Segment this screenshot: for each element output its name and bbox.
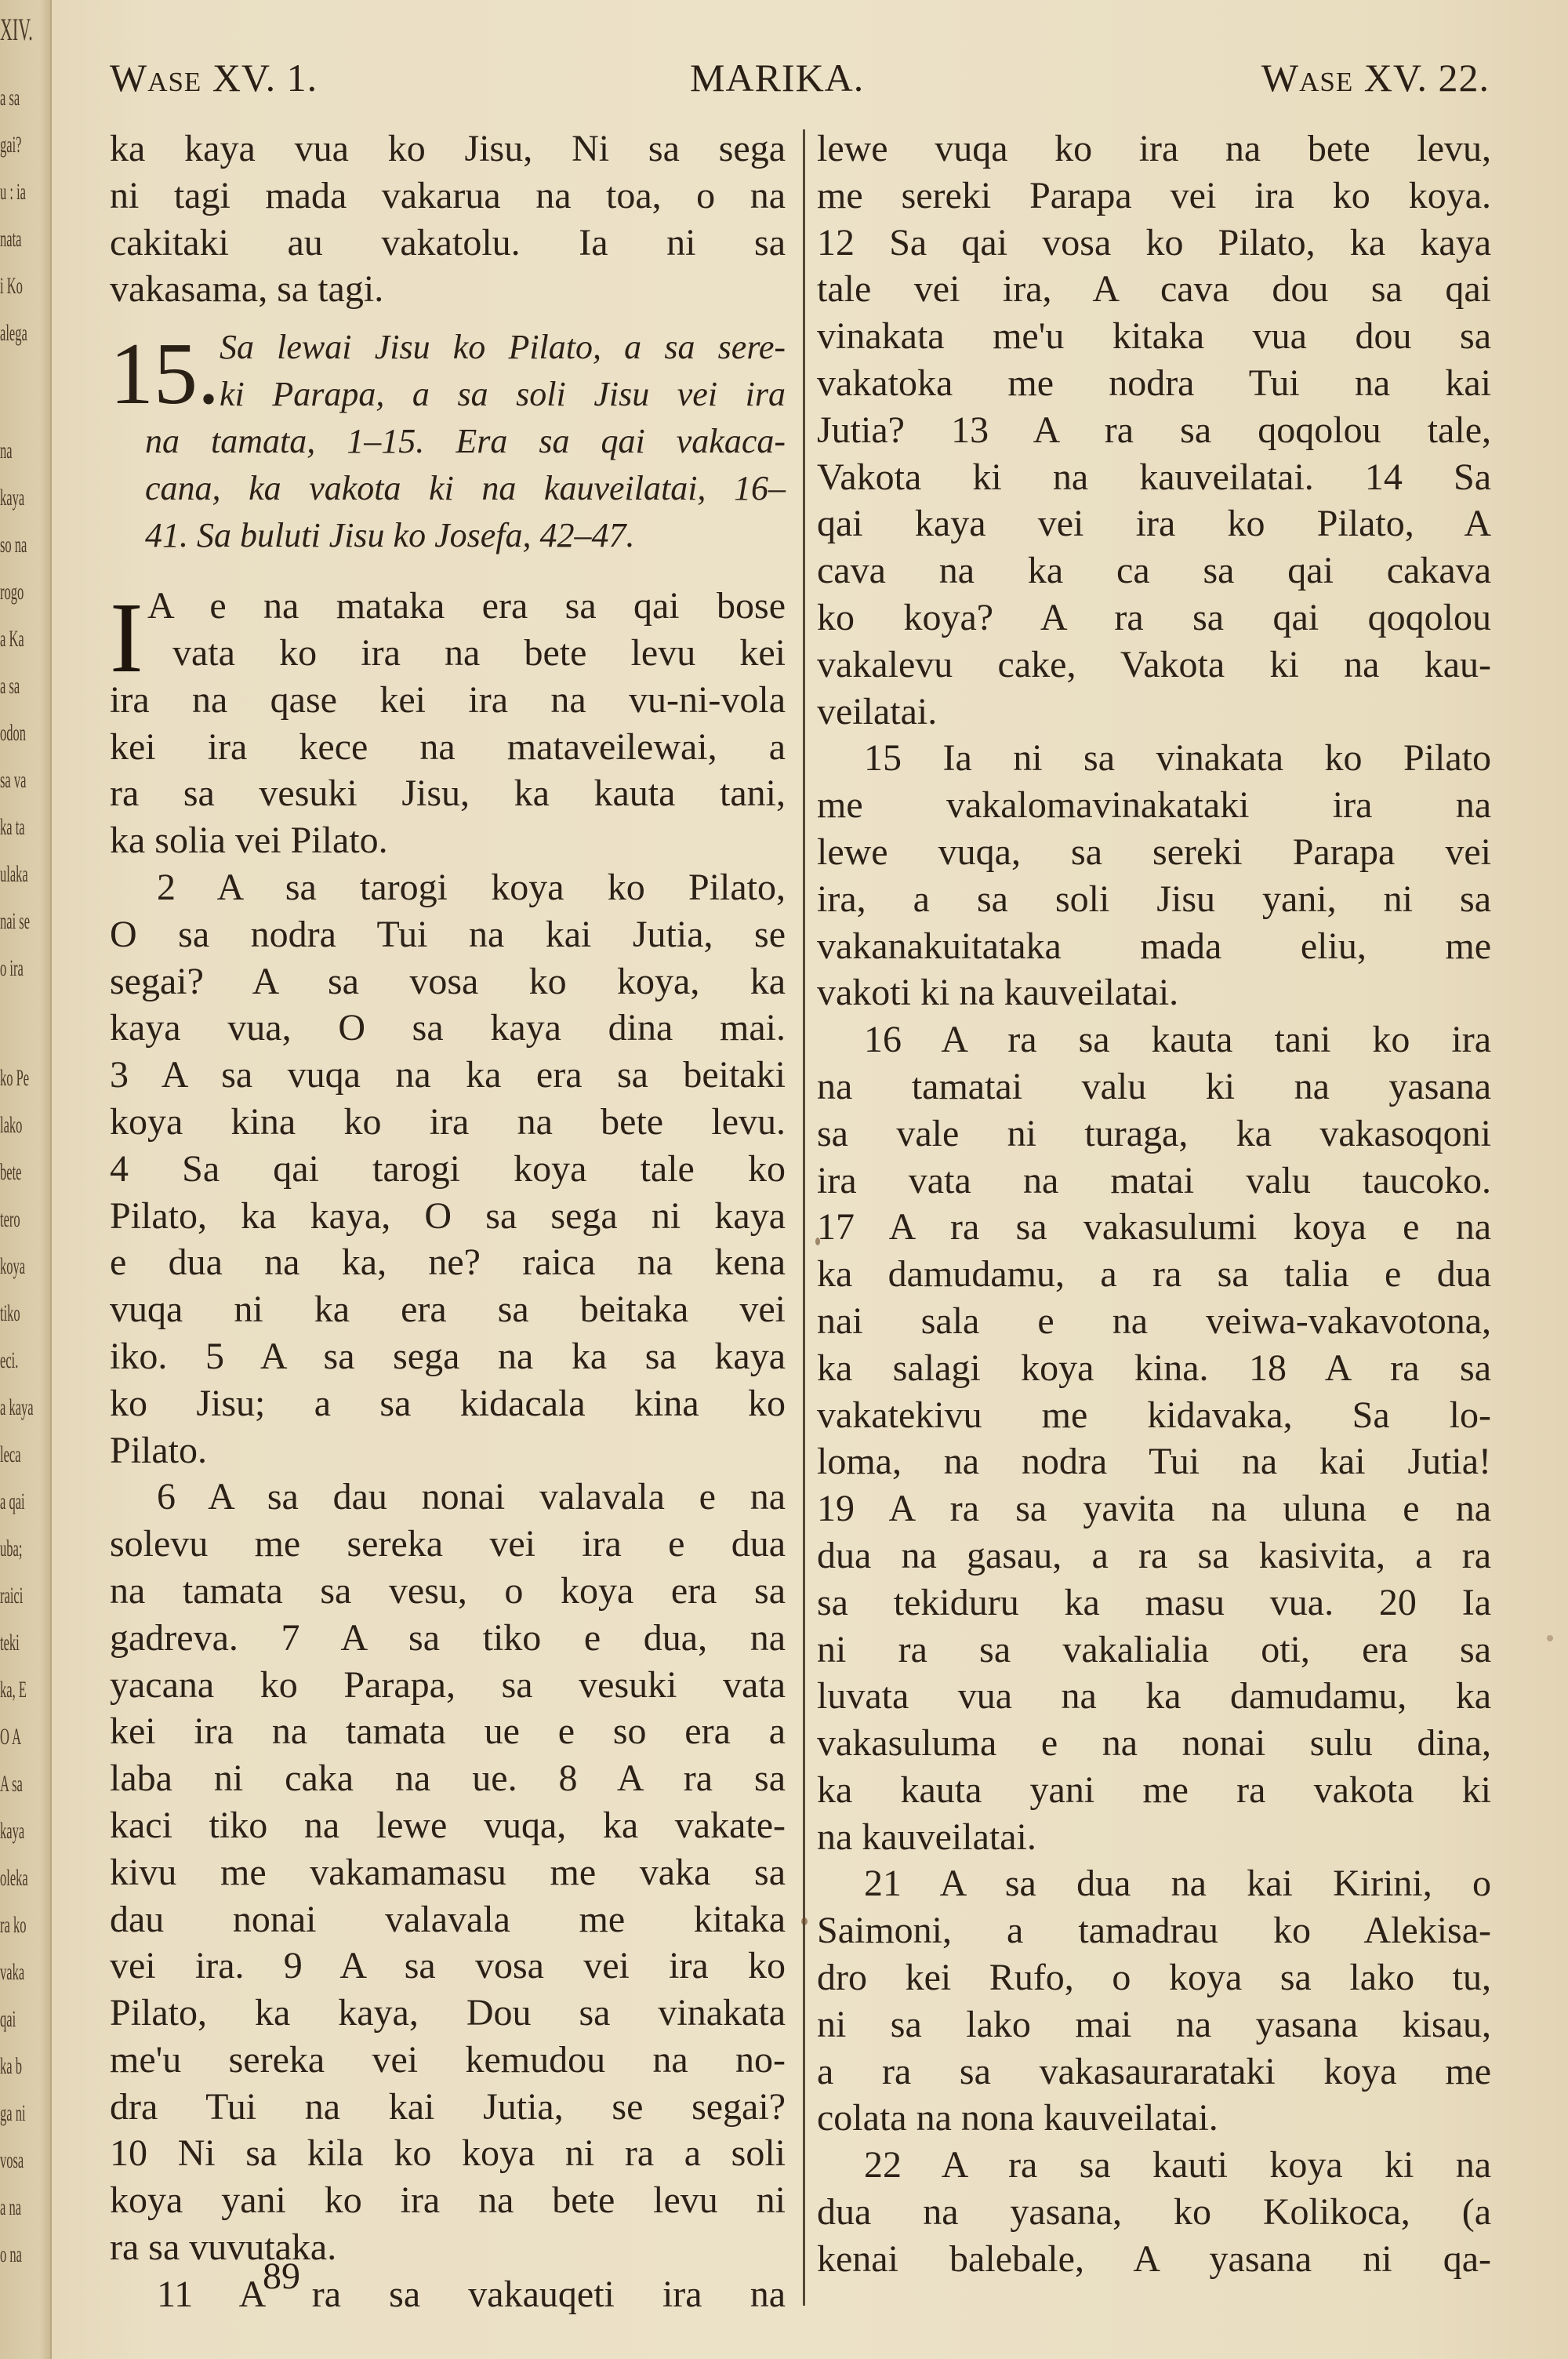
text-line: a ra sa vakasaurarataki koya me [817,2048,1491,2095]
text-line: luvata vua na ka damudamu, ka [817,1673,1491,1720]
prev-page-fragment: rogo [0,580,24,604]
text-line: vakasama, sa tagi. [110,266,786,313]
prev-page-fragment: alega [0,322,27,345]
header-right-reference: Wase XV. 22. [1261,55,1490,100]
text-line: ra sa vuvutaka. [110,2224,786,2271]
prev-page-fragment: nai se [0,910,30,933]
text-line: kaci tiko na lewe vuqa, ka vakate- [110,1802,786,1849]
verse-start: 2 A sa tarogi koya ko Pilato, [110,864,786,911]
text-line: vakasuluma e na nonai sulu dina, [817,1720,1491,1767]
previous-page-edge: XIV. a sa gai? u : ia nata i Ko alega na… [0,0,52,2359]
prev-page-fragment: ga ni [0,2102,26,2125]
summary-line: 41. Sa buluti Jisu ko Josefa, 42–47. [145,512,786,559]
prev-page-fragment: ka ta [0,816,25,839]
prev-page-fragment: o ira [0,957,24,980]
prev-page-fragment: so na [0,533,27,557]
prev-page-fragment: ka b [0,2055,22,2078]
text-line: me sereki Parapa vei ira ko koya. [817,173,1491,220]
ink-speck [1547,1635,1553,1641]
text-line: solevu me sereka vei ira e dua [110,1521,786,1568]
text-line: na tamata sa vesu, o koya era sa [110,1568,786,1615]
text-line: ra sa vesuki Jisu, ka kauta tani, [110,770,786,817]
prev-page-fragment: vaka [0,1961,24,1984]
text-line: vakalevu cake, Vakota ki na kau- [817,642,1491,689]
text-line: ira, a sa soli Jisu yani, ni sa [817,876,1491,923]
prev-page-fragment: ka, E [0,1678,27,1702]
prev-page-fragment: vosa [0,2149,24,2172]
summary-line: na tamata, 1–15. Era sa qai vakaca- [145,418,786,465]
prev-page-fragment: odon [0,722,26,745]
prev-page-fragment: ra ko [0,1914,26,1937]
text-line: nai sala e na veiwa-vakavotona, [817,1298,1491,1345]
prev-page-fragment: qai [0,2008,16,2031]
verse-start: 11 A ra sa vakauqeti ira na [110,2271,786,2318]
text-line: ira na qase kei ira na vu-ni-vola [110,677,786,724]
prev-page-fragment: ulaka [0,863,28,886]
text-line: dra Tui na kai Jutia, se segai? [110,2084,786,2131]
text-line: ira vata na matai valu taucoko. [817,1158,1491,1205]
text-line: lewe vuqa, sa sereki Parapa vei [817,829,1491,876]
text-line: veilatai. [817,689,1491,736]
text-line: gadreva. 7 A sa tiko e dua, na [110,1615,786,1662]
column-divider [803,129,805,2306]
text-line: sa tekiduru ka masu vua. 20 Ia [817,1579,1491,1627]
text-line: sa vale ni turaga, ka vakasoqoni [817,1110,1491,1158]
text-line: ko Jisu; a sa kidacala kina ko [110,1380,786,1427]
text-line: ka solia vei Pilato. [110,817,786,864]
text-line: Pilato, ka kaya, O sa sega ni kaya [110,1193,786,1240]
prev-page-fragment: sa va [0,769,26,792]
text-line: cakitaki au vakatolu. Ia ni sa [110,220,786,267]
text-line: dro kei Rufo, o koya sa lako tu, [817,1954,1491,2001]
text-line: 19 A ra sa yavita na uluna e na [817,1485,1491,1532]
text-line: kivu me vakamamasu me vaka sa [110,1849,786,1896]
text-line: me'u sereka vei kemudou na no- [110,2037,786,2084]
text-line: kei ira kece na mataveilewai, a [110,724,786,771]
text-line: iko. 5 A sa sega na ka sa kaya [110,1333,786,1380]
text-line: yacana ko Parapa, sa vesuki vata [110,1662,786,1709]
page-number: 89 [263,2255,300,2298]
text-line: O sa nodra Tui na kai Jutia, se [110,911,786,958]
text-line: kei ira na tamata ue e so era a [110,1708,786,1755]
text-line: koya yani ko ira na bete levu ni [110,2177,786,2224]
text-line: lewe vuqa ko ira na bete levu, [817,125,1491,173]
prev-page-fragment: kaya [0,1819,24,1843]
prev-page-fragment: a qai [0,1490,25,1514]
prev-page-fragment: u : ia [0,180,26,204]
text-line: na kauveilatai. [817,1814,1491,1861]
prev-page-fragment: nata [0,227,21,251]
text-line: dau nonai valavala me kitaka [110,1896,786,1943]
verse-start: 15 Ia ni sa vinakata ko Pilato [817,735,1491,782]
prev-page-fragment: oleka [0,1866,28,1890]
text-line: vakanakuitataka mada eliu, me [817,923,1491,970]
prev-page-fragment: leca [0,1443,21,1467]
prev-page-fragment: na [0,439,13,463]
running-header: Wase XV. 1. MARIKA. Wase XV. 22. [110,55,1490,110]
text-line: dua na yasana, ko Kolikoca, (a [817,2189,1491,2236]
summary-line: cana, ka vakota ki na kauveilatai, 16– [145,465,786,512]
text-line: vata ko ira na bete levu kei [110,630,786,677]
text-line: vakatekivu me kidavaka, Sa lo- [817,1392,1491,1439]
text-line: kaya vua, O sa kaya dina mai. [110,1005,786,1052]
prev-page-fragment: O A [0,1725,21,1749]
verse-start: 16 A ra sa kauta tani ko ira [817,1016,1491,1063]
prev-page-fragment: a sa [0,674,20,698]
text-line: me vakalomavinakataki ira na [817,782,1491,829]
text-line: ka salagi koya kina. 18 A ra sa [817,1345,1491,1392]
text-line: kenai balebale, A yasana ni qa- [817,2236,1491,2283]
text-line: loma, na nodra Tui na kai Jutia! [817,1438,1491,1485]
text-line: koya kina ko ira na bete levu. [110,1099,786,1146]
text-line: 4 Sa qai tarogi koya tale ko [110,1146,786,1193]
text-line: A e na mataka era sa qai bose [110,583,786,630]
text-line: ni ra sa vakalialia oti, era sa [817,1627,1491,1674]
book-page: XIV. a sa gai? u : ia nata i Ko alega na… [0,0,1568,2359]
summary-line: ki Parapa, a sa soli Jisu vei ira [220,371,786,418]
text-line: 17 A ra sa vakasulumi koya e na [817,1204,1491,1251]
text-line: ka kaya vua ko Jisu, Ni sa sega [110,125,786,173]
prev-page-fragment: bete [0,1161,21,1184]
text-line: ni tagi mada vakarua na toa, o na [110,173,786,220]
chapter-summary: 15. Sa lewai Jisu ko Pilato, a sa sere- … [110,324,786,583]
text-line: 12 Sa qai vosa ko Pilato, ka kaya [817,220,1491,267]
prev-page-fragment: a kaya [0,1396,34,1419]
ink-speck [815,1238,820,1245]
text-line: e dua na ka, ne? raica na kena [110,1239,786,1286]
text-line: Jutia? 13 A ra sa qoqolou tale, [817,407,1491,454]
chapter-number: 15. [110,330,220,418]
text-line: ko koya? A ra sa qai qoqolou [817,594,1491,642]
prev-page-fragment: lako [0,1114,22,1137]
prev-page-fragment: koya [0,1255,25,1278]
prev-page-fragment: gai? [0,133,21,157]
prev-page-fragment: o na [0,2243,22,2266]
text-line: qai kaya vei ira ko Pilato, A [817,500,1491,547]
text-line: ka damudamu, a ra sa talia e dua [817,1251,1491,1298]
prev-page-fragment: teki [0,1631,20,1655]
text-line: dua na gasau, a ra sa kasivita, a ra [817,1532,1491,1579]
drop-cap: I [110,587,143,688]
prev-page-fragment: kaya [0,486,24,510]
prev-page-fragment: a Ka [0,627,24,651]
prev-page-fragment: a sa [0,86,20,110]
text-line: Pilato, ka kaya, Dou sa vinakata [110,1990,786,2037]
text-line: na tamatai valu ki na yasana [817,1063,1491,1110]
text-line: Saimoni, a tamadrau ko Alekisa- [817,1907,1491,1954]
prev-page-fragment: a na [0,2196,21,2219]
prev-page-fragment: uba; [0,1537,22,1561]
text-line: Pilato. [110,1427,786,1474]
text-line: vei ira. 9 A sa vosa vei ira ko [110,1943,786,1990]
text-line: ni sa lako mai na yasana kisau, [817,2001,1491,2048]
text-line: colata na nona kauveilatai. [817,2095,1491,2142]
prev-page-fragment: raici [0,1584,23,1608]
verse-start: 22 A ra sa kauti koya ki na [817,2142,1491,2189]
verse-start: 21 A sa dua na kai Kirini, o [817,1860,1491,1907]
ink-speck [801,1917,808,1925]
prev-page-fragment: ko Pe [0,1067,29,1090]
text-line: 10 Ni sa kila ko koya ni ra a soli [110,2130,786,2177]
right-column: lewe vuqa ko ira na bete levu, me sereki… [817,125,1491,2283]
prev-page-fragment: i Ko [0,274,23,298]
summary-line: Sa lewai Jisu ko Pilato, a sa sere- [220,324,786,371]
verse-start: 6 A sa dau nonai valavala e na [110,1474,786,1521]
text-line: 3 A sa vuqa na ka era sa beitaki [110,1052,786,1099]
header-left-reference: Wase XV. 1. [110,55,318,100]
prev-page-fragment: tero [0,1208,20,1231]
header-book-title: MARIKA. [690,55,864,100]
text-line: vakoti ki na kauveilatai. [817,969,1491,1016]
text-line: Vakota ki na kauveilatai. 14 Sa [817,454,1491,501]
chapter-opening: I A e na mataka era sa qai bose vata ko … [110,583,786,677]
prev-page-fragment: eci. [0,1349,18,1372]
text-line: vuqa ni ka era sa beitaka vei [110,1286,786,1333]
prev-page-fragment: XIV. [0,14,33,45]
text-line: cava na ka ca sa qai cakava [817,547,1491,594]
text-line: tale vei ira, A cava dou sa qai [817,266,1491,313]
text-line: ka kauta yani me ra vakota ki [817,1767,1491,1814]
text-line: laba ni caka na ue. 8 A ra sa [110,1755,786,1802]
text-line: vakatoka me nodra Tui na kai [817,360,1491,407]
text-line: segai? A sa vosa ko koya, ka [110,958,786,1005]
prev-page-fragment: tiko [0,1302,20,1325]
left-column: ka kaya vua ko Jisu, Ni sa sega ni tagi … [110,125,786,2318]
text-line: vinakata me'u kitaka vua dou sa [817,313,1491,360]
prev-page-fragment: A sa [0,1772,23,1796]
